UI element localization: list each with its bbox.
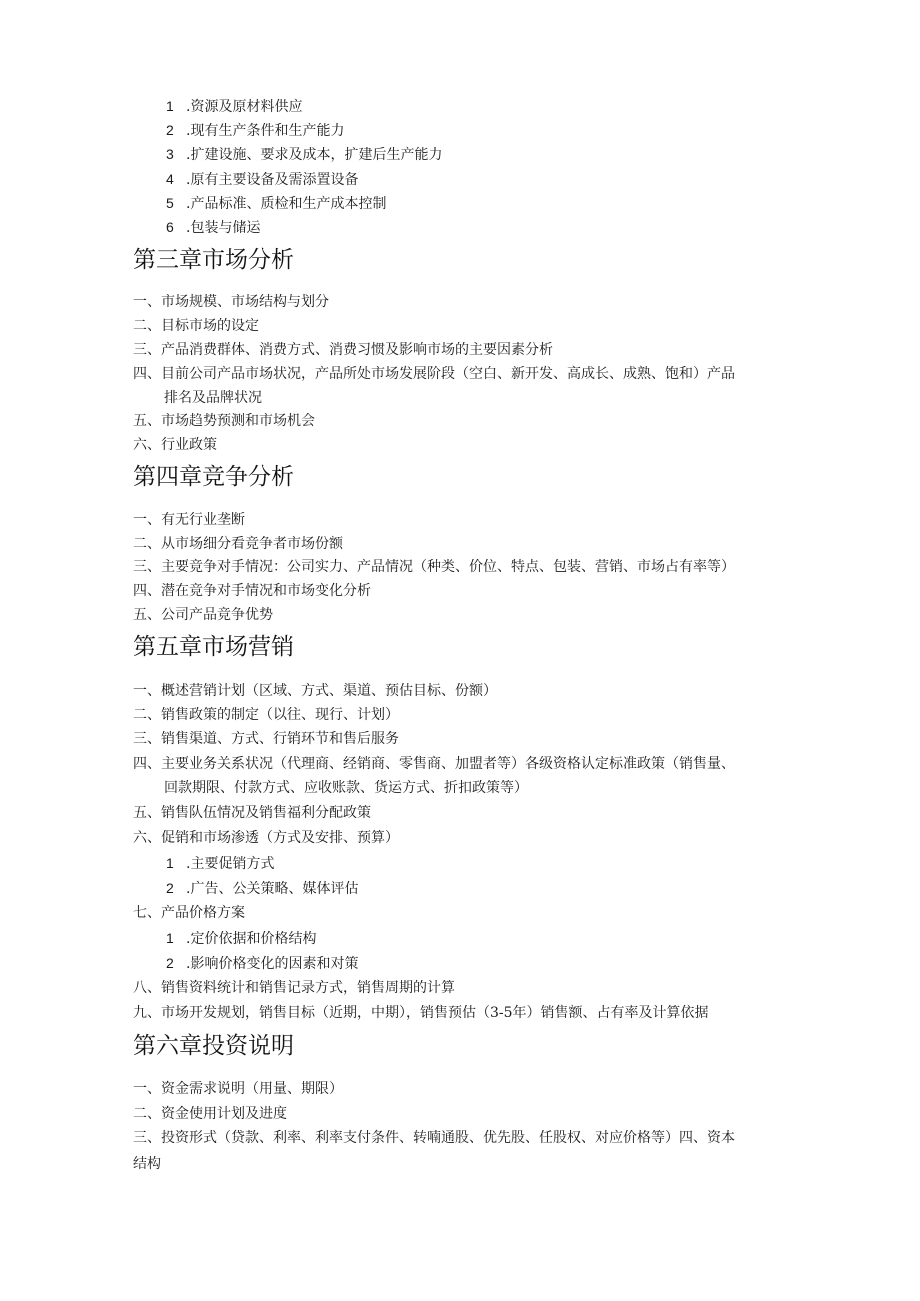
list-number: 2	[166, 954, 186, 972]
list-number: 2	[166, 879, 186, 897]
list-item: 九、市场开发规划，销售目标（近期，中期），销售预估（3-5年）销售额、占有率及计…	[133, 1004, 709, 1022]
list-item: 四、主要业务关系状况（代理商、经销商、零售商、加盟者等）各级资格认定标准政策（销…	[133, 755, 735, 773]
list-number: 4	[166, 170, 186, 188]
list-item-continuation: 排名及品牌状况	[164, 389, 262, 407]
list-text: .资源及原材料供应	[186, 99, 302, 115]
list-item: 2.现有生产条件和生产能力	[166, 121, 344, 140]
list-item: 二、资金使用计划及进度	[133, 1105, 287, 1123]
document-page: 1.资源及原材料供应 2.现有生产条件和生产能力 3.扩建设施、要求及成本，扩建…	[0, 0, 920, 1301]
list-item: 5.产品标准、质检和生产成本控制	[166, 194, 386, 213]
list-text: .包装与储运	[186, 220, 260, 236]
list-number: 1	[166, 929, 186, 947]
list-item: 二、从市场细分看竞争者市场份额	[133, 535, 343, 553]
list-item: 五、市场趋势预测和市场机会	[133, 412, 315, 430]
list-item: 1.资源及原材料供应	[166, 97, 302, 116]
list-text: .产品标准、质检和生产成本控制	[186, 196, 386, 212]
list-item: 二、销售政策的制定（以往、现行、计划）	[133, 706, 399, 724]
list-item: 四、潜在竞争对手情况和市场变化分析	[133, 582, 371, 600]
sub-list-item: 2.广告、公关策略、媒体评估	[166, 879, 358, 898]
chapter-heading: 第五章市场营销	[133, 632, 294, 662]
list-number: 6	[166, 218, 186, 236]
sub-list-item: 1.定价依据和价格结构	[166, 929, 316, 948]
list-number: 1	[166, 854, 186, 872]
list-item: 三、投资形式（贷款、利率、利率支付条件、转喃通股、优先股、任股权、对应价格等）四…	[133, 1129, 735, 1147]
list-item: 七、产品价格方案	[133, 904, 245, 922]
list-item: 二、目标市场的设定	[133, 317, 259, 335]
list-text: .定价依据和价格结构	[186, 931, 316, 947]
sub-list-item: 1.主要促销方式	[166, 854, 274, 873]
list-number: 5	[166, 194, 186, 212]
chapter-heading: 第六章投资说明	[133, 1031, 294, 1061]
list-item: 一、有无行业垄断	[133, 511, 245, 529]
list-item-continuation: 结构	[133, 1155, 161, 1173]
list-item: 六、行业政策	[133, 436, 217, 454]
list-number: 2	[166, 121, 186, 139]
list-item: 一、市场规模、市场结构与划分	[133, 293, 329, 311]
list-item: 6.包装与储运	[166, 218, 260, 237]
list-item: 三、销售渠道、方式、行销环节和售后服务	[133, 730, 399, 748]
list-text: .扩建设施、要求及成本，扩建后生产能力	[186, 147, 442, 163]
list-item: 三、产品消费群体、消费方式、消费习惯及影响市场的主要因素分析	[133, 341, 553, 359]
list-text: .现有生产条件和生产能力	[186, 123, 344, 139]
list-item: 四、目前公司产品市场状况，产品所处市场发展阶段（空白、新开发、高成长、成熟、饱和…	[133, 365, 735, 383]
list-item: 五、销售队伍情况及销售福利分配政策	[133, 804, 371, 822]
list-item: 三、主要竞争对手情况：公司实力、产品情况（种类、价位、特点、包装、营销、市场占有…	[133, 558, 735, 576]
list-item: 一、概述营销计划（区域、方式、渠道、预估目标、份额）	[133, 682, 497, 700]
list-text: .广告、公关策略、媒体评估	[186, 881, 358, 897]
list-number: 3	[166, 145, 186, 163]
list-item: 3.扩建设施、要求及成本，扩建后生产能力	[166, 145, 442, 164]
list-item: 六、促销和市场渗透（方式及安排、预算）	[133, 829, 399, 847]
chapter-heading: 第三章市场分析	[133, 245, 294, 275]
list-number: 1	[166, 97, 186, 115]
list-text: .主要促销方式	[186, 856, 274, 872]
list-text: .原有主要设备及需添置设备	[186, 172, 358, 188]
list-item: 八、销售资料统计和销售记录方式，销售周期的计算	[133, 979, 455, 997]
list-item-continuation: 回款期限、付款方式、应收账款、货运方式、折扣政策等）	[164, 779, 528, 797]
chapter-heading: 第四章竞争分析	[133, 462, 294, 492]
list-item: 五、公司产品竞争优势	[133, 606, 273, 624]
list-item: 一、资金需求说明（用量、期限）	[133, 1080, 343, 1098]
sub-list-item: 2.影响价格变化的因素和对策	[166, 954, 358, 973]
list-text: .影响价格变化的因素和对策	[186, 956, 358, 972]
list-item: 4.原有主要设备及需添置设备	[166, 170, 358, 189]
